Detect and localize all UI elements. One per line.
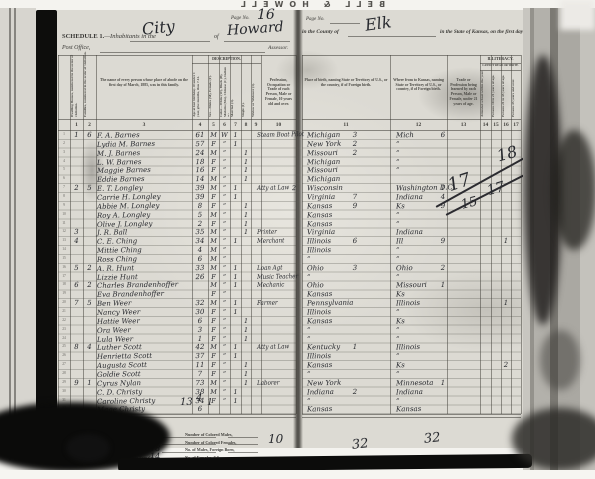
- scan-blotch: [540, 330, 580, 390]
- footer-right-line: [228, 437, 258, 438]
- footer-right-line: [228, 452, 258, 453]
- scan-blotch: [552, 130, 595, 250]
- from-column-total: 32: [423, 431, 441, 446]
- single-total: 4: [196, 394, 202, 404]
- footer-right-line: [228, 444, 258, 445]
- ink-blot: [66, 434, 110, 462]
- scrawl-number: 17: [446, 171, 473, 195]
- scanned-census-page: BELL & HOWELL SCHEDULE 1.—Inhabitants in…: [0, 0, 595, 479]
- footer-right-label: Number of Colored Males,: [185, 432, 233, 437]
- birth-column-total: 32: [351, 437, 369, 452]
- scan-bottom-margin: [0, 470, 595, 479]
- married-total: 13: [180, 398, 193, 408]
- scan-light-corner: [560, 0, 595, 30]
- families-count-note: 10: [268, 433, 283, 445]
- widow-total: 1: [207, 399, 213, 408]
- scrawl-number: 17: [485, 180, 506, 198]
- scrawl-number: 15: [460, 195, 479, 212]
